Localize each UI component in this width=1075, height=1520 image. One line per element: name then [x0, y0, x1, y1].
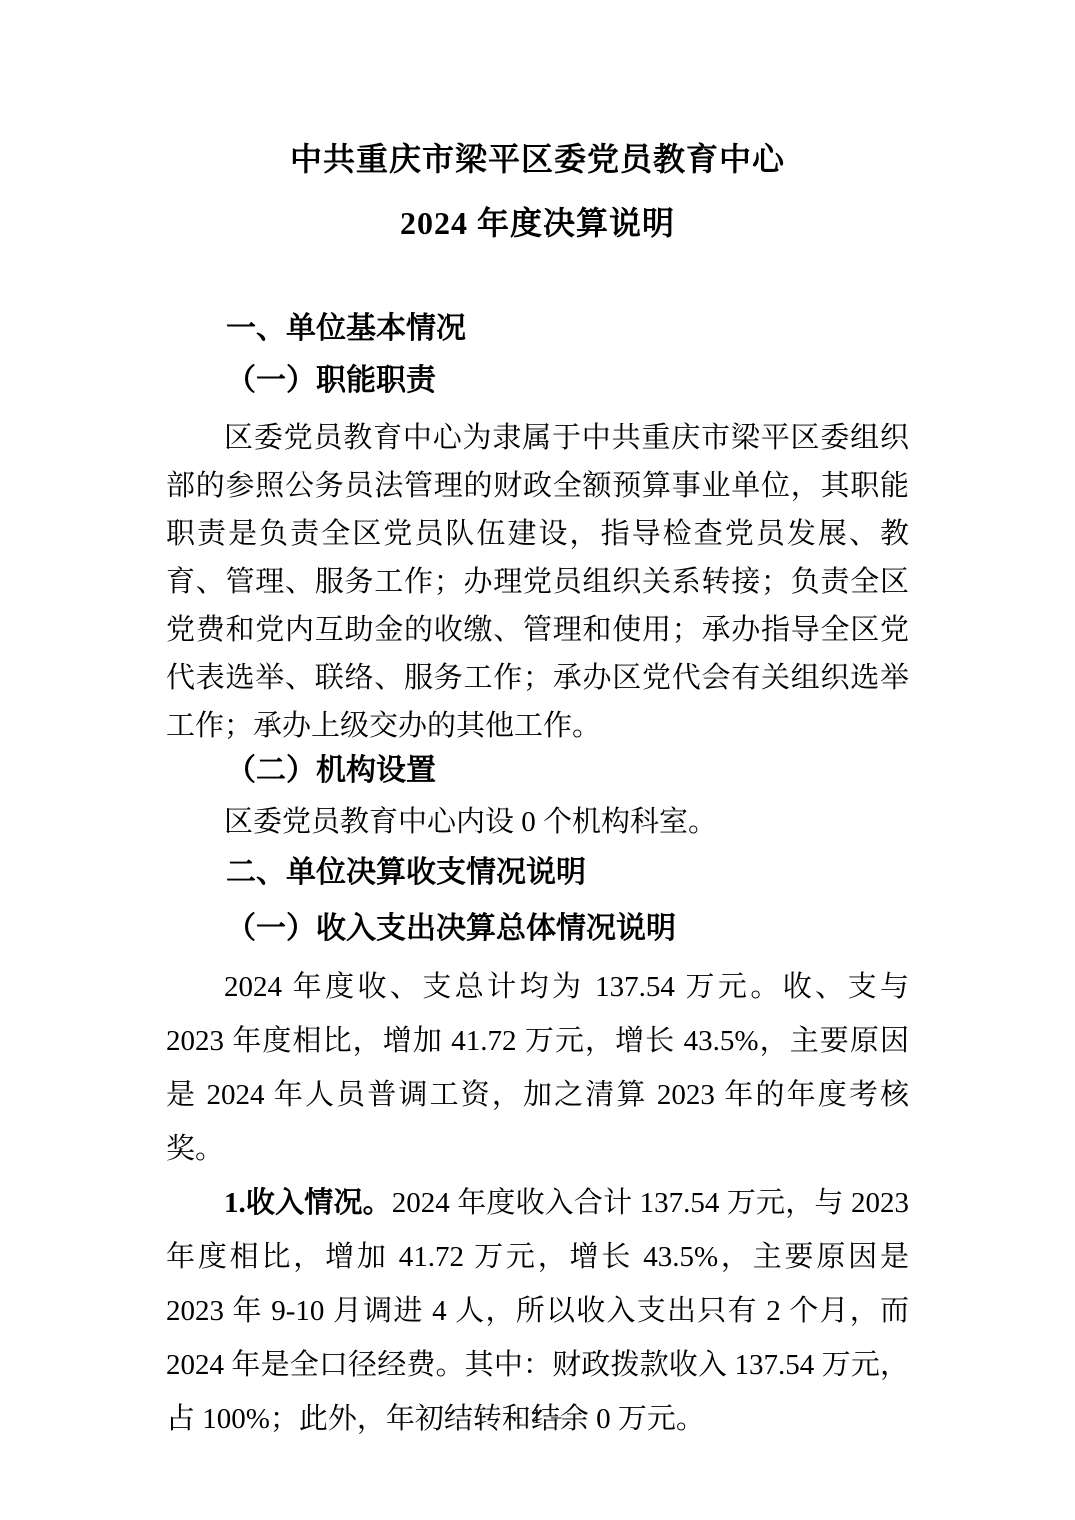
section-1-sub-2-paragraph: 区委党员教育中心内设 0 个机构科室。 [166, 798, 909, 846]
section-2-heading: 二、单位决算收支情况说明 [166, 852, 909, 894]
section-2-sub-1-heading: （一）收入支出决算总体情况说明 [166, 908, 909, 950]
section-1-sub-2-heading: （二）机构设置 [166, 750, 909, 792]
section-2-sub-1-paragraph: 2024 年度收、支总计均为 137.54 万元。收、支与 2023 年度相比，… [166, 960, 909, 1176]
income-item-text: 2024 年度收入合计 137.54 万元，与 2023 年度相比，增加 41.… [166, 1187, 909, 1435]
page-number: – 1 – [0, 1404, 1075, 1428]
section-1-sub-1-paragraph: 区委党员教育中心为隶属于中共重庆市梁平区委组织部的参照公务员法管理的财政全额预算… [166, 414, 909, 750]
document-page: 中共重庆市梁平区委党员教育中心 2024 年度决算说明 一、单位基本情况 （一）… [0, 0, 1075, 1520]
section-1-sub-1-heading: （一）职能职责 [166, 360, 909, 402]
income-item-label: 1.收入情况。 [224, 1187, 392, 1219]
document-title-line2: 2024 年度决算说明 [166, 202, 909, 244]
document-title-line1: 中共重庆市梁平区委党员教育中心 [166, 138, 909, 180]
section-1-heading: 一、单位基本情况 [166, 308, 909, 350]
